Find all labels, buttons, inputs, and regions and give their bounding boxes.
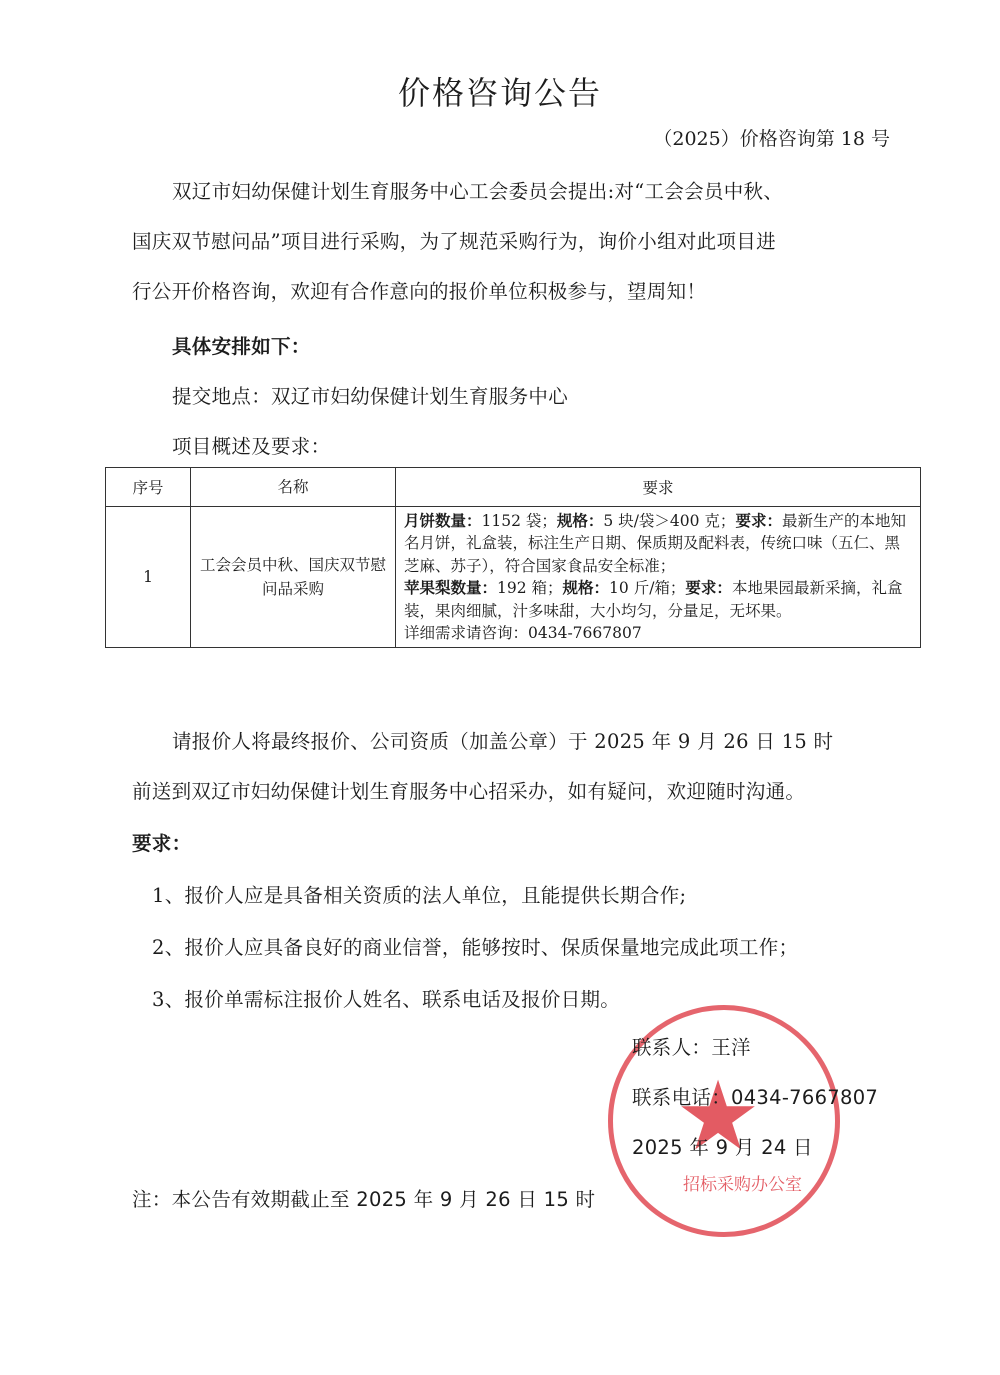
row-name: 工会会员中秋、国庆双节慰问品采购 (191, 507, 396, 648)
deadline-line-1: 请报价人将最终报价、公司资质（加盖公章）于 2025 年 9 月 26 日 15… (172, 726, 833, 754)
requirement-item-1: 1、报价人应是具备相关资质的法人单位，且能提供长期合作; (152, 880, 686, 908)
row-index: 1 (106, 507, 191, 648)
project-overview-label: 项目概述及要求： (172, 431, 330, 459)
deadline-line-2: 前送到双辽市妇幼保健计划生育服务中心招采办，如有疑问，欢迎随时沟通。 (132, 776, 805, 804)
contact-line: 详细需求请咨询：0434-7667807 (404, 624, 642, 642)
pear-req-label: 要求： (685, 578, 732, 597)
mooncake-qty: 1152 袋； (482, 512, 557, 530)
pear-label: 苹果梨数量： (404, 578, 497, 597)
mooncake-spec-label: 规格： (557, 511, 604, 530)
table-header-row: 序号 名称 要求 (106, 468, 921, 507)
header-requirements: 要求 (396, 468, 921, 507)
intro-line-2: 国庆双节慰问品”项目进行采购，为了规范采购行为，询价小组对此项目进 (132, 226, 776, 254)
mooncake-spec: 5 块/袋＞400 克； (603, 512, 735, 530)
requirement-item-3: 3、报价单需标注报价人姓名、联系电话及报价日期。 (152, 984, 620, 1012)
mooncake-req-label: 要求： (735, 511, 782, 530)
row-requirements: 月饼数量：1152 袋；规格：5 块/袋＞400 克；要求：最新生产的本地知名月… (396, 507, 921, 648)
contact-phone: 联系电话：0434-7667807 (632, 1082, 878, 1110)
requirement-item-2: 2、报价人应具备良好的商业信誉，能够按时、保质保量地完成此项工作； (152, 932, 798, 960)
pear-qty: 192 箱； (497, 579, 563, 597)
arrangement-heading: 具体安排如下： (172, 331, 311, 359)
seal-text: 招标采购办公室 (683, 1170, 802, 1195)
contact-person: 联系人：王洋 (632, 1032, 751, 1060)
pear-spec-label: 规格： (563, 578, 610, 597)
submission-location: 提交地点：双辽市妇幼保健计划生育服务中心 (172, 381, 568, 409)
header-name: 名称 (191, 468, 396, 507)
validity-note: 注：本公告有效期截止至 2025 年 9 月 26 日 15 时 (132, 1184, 595, 1212)
table-row: 1 工会会员中秋、国庆双节慰问品采购 月饼数量：1152 袋；规格：5 块/袋＞… (106, 507, 921, 648)
header-index: 序号 (106, 468, 191, 507)
intro-line-3: 行公开价格咨询，欢迎有合作意向的报价单位积极参与，望周知！ (132, 276, 706, 304)
pear-spec: 10 斤/箱； (609, 579, 685, 597)
document-title: 价格咨询公告 (0, 68, 1000, 114)
mooncake-label: 月饼数量： (404, 511, 482, 530)
requirements-heading: 要求： (132, 828, 191, 856)
intro-line-1: 双辽市妇幼保健计划生育服务中心工会委员会提出:对“工会会员中秋、 (172, 176, 783, 204)
document-number: （2025）价格咨询第 18 号 (653, 124, 890, 151)
project-table: 序号 名称 要求 1 工会会员中秋、国庆双节慰问品采购 月饼数量：1152 袋；… (105, 467, 921, 648)
contact-date: 2025 年 9 月 24 日 (632, 1132, 813, 1160)
